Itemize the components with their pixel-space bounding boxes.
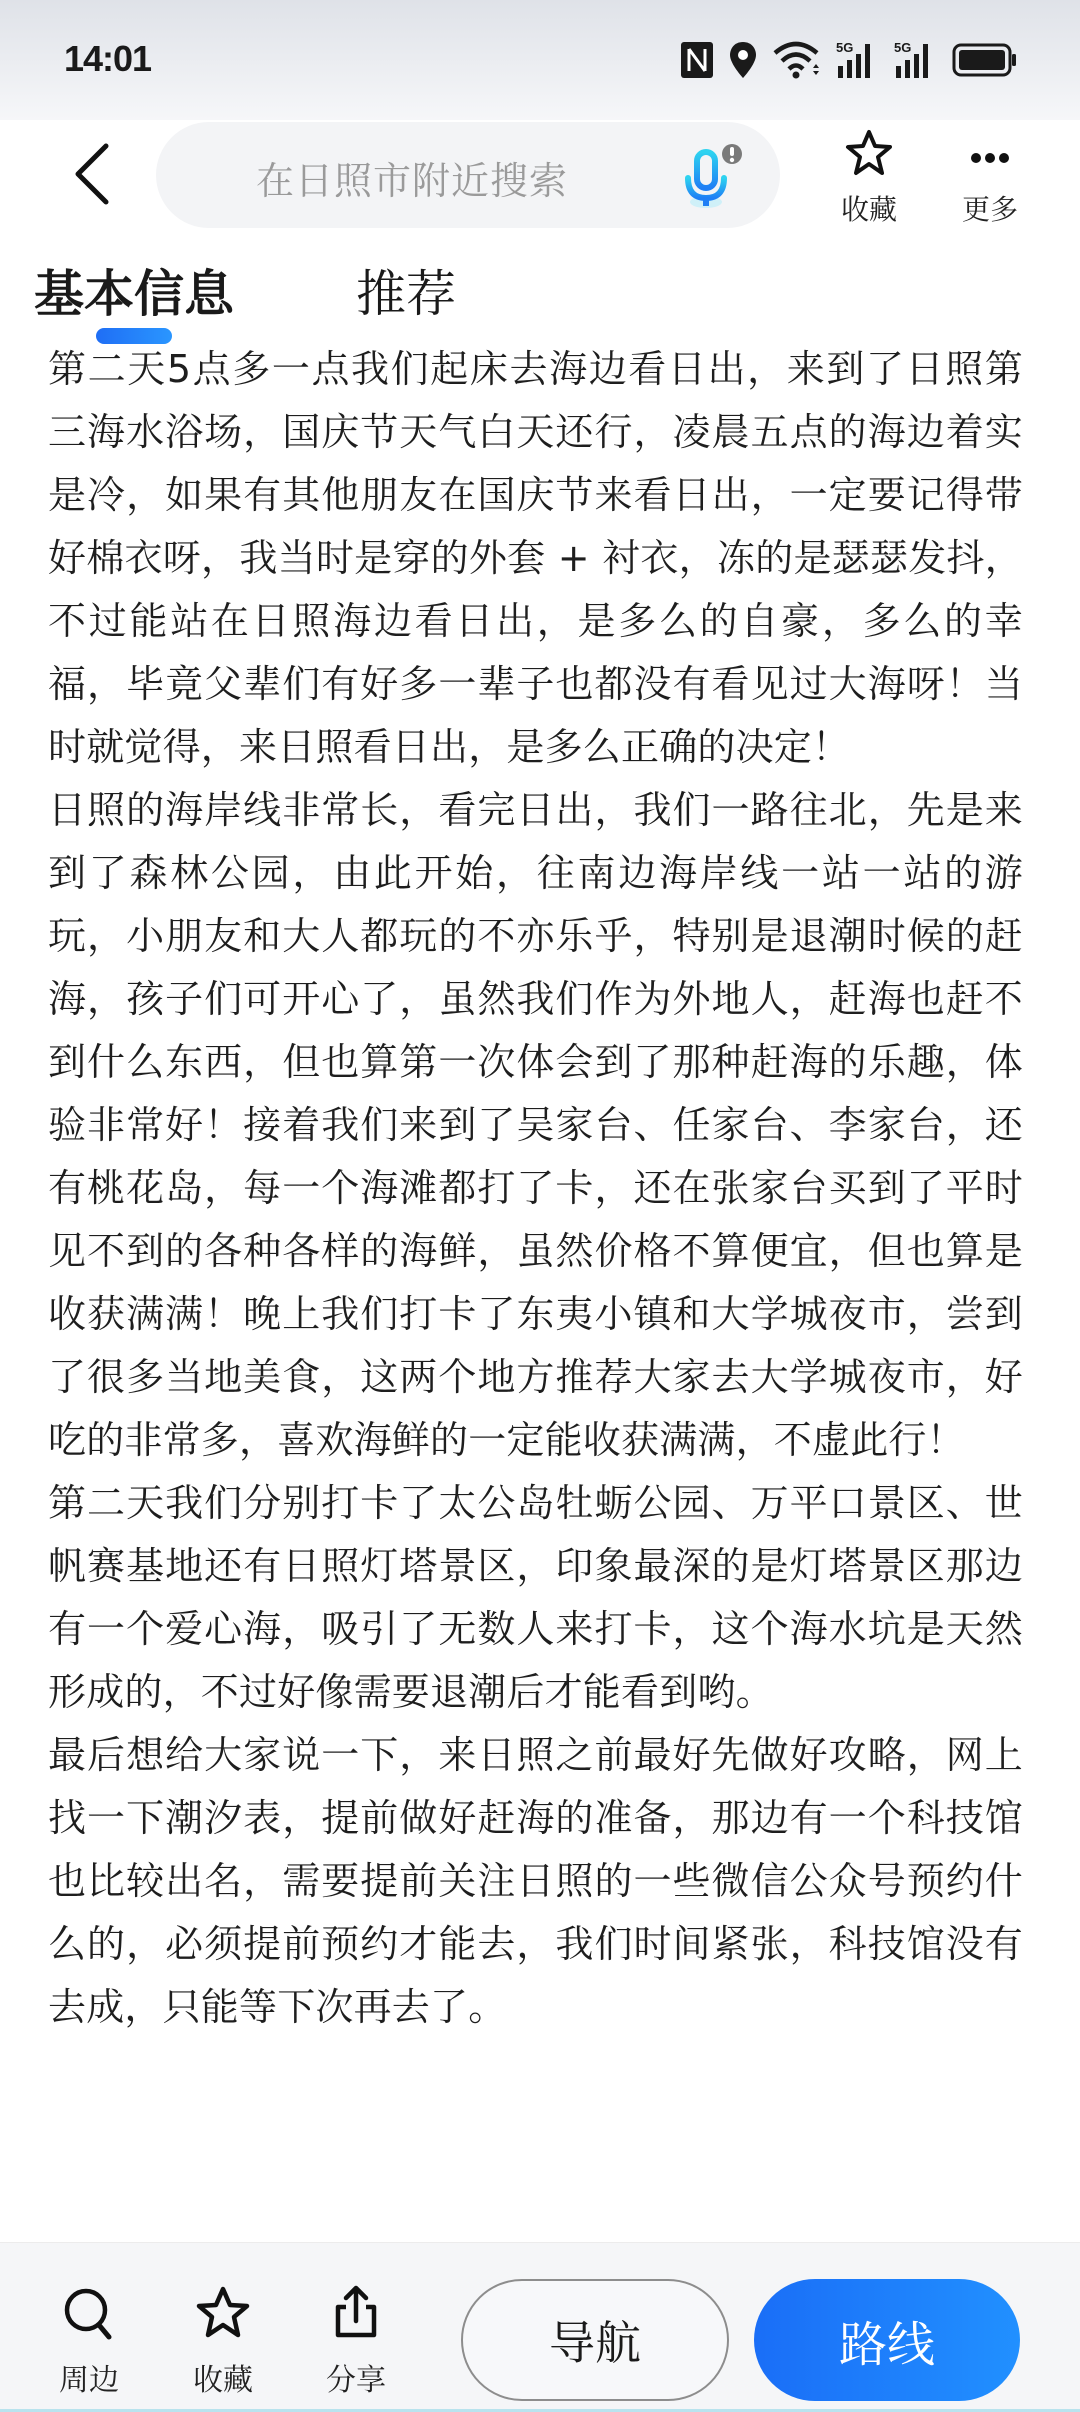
search-input[interactable]: 在日照市附近搜索 [156, 122, 780, 228]
share-label: 分享 [326, 2355, 386, 2399]
article-content: 第二天5点多一点我们起床去海边看日出，来到了日照第三海水浴场，国庆节天气白天还行… [48, 338, 1023, 2039]
wifi-icon [772, 40, 822, 80]
share-button[interactable]: 分享 [311, 2285, 401, 2395]
battery-icon [952, 42, 1018, 78]
tab-recommend[interactable]: 推荐 [356, 254, 456, 326]
chevron-left-icon [72, 142, 112, 210]
more-label: 更多 [962, 188, 1018, 228]
tab-basic-info[interactable]: 基本信息 [34, 254, 234, 326]
more-button[interactable]: 更多 [945, 128, 1035, 228]
paragraph: 日照的海岸线非常长，看完日出，我们一路往北，先是来到了森林公园，由此开始，往南边… [48, 779, 1023, 1472]
microphone-icon [676, 201, 756, 220]
search-icon [61, 2285, 117, 2345]
signal-5g-icon: 5G [836, 40, 880, 80]
favorite-bottom-label: 收藏 [193, 2355, 253, 2399]
more-dots-icon [965, 128, 1015, 182]
location-icon [728, 40, 758, 80]
favorite-label: 收藏 [841, 188, 897, 228]
tab-bar: 基本信息 推荐 [0, 240, 1080, 340]
star-icon [195, 2285, 251, 2345]
nearby-label: 周边 [59, 2355, 119, 2399]
route-button[interactable]: 路线 [754, 2279, 1020, 2401]
back-button[interactable] [64, 138, 120, 214]
favorite-bottom-button[interactable]: 收藏 [178, 2285, 268, 2395]
status-icons: 5G 5G [680, 38, 1018, 82]
share-icon [328, 2285, 384, 2345]
status-bar: 14:01 5G 5G [0, 0, 1080, 120]
signal-5g-icon: 5G [894, 40, 938, 80]
header: 在日照市附近搜索 [0, 120, 1080, 230]
favorite-button[interactable]: 收藏 [824, 128, 914, 228]
status-time: 14:01 [64, 38, 151, 80]
search-placeholder: 在日照市附近搜索 [256, 150, 568, 205]
navigate-button[interactable]: 导航 [461, 2279, 729, 2401]
bottom-action-bar: 周边 收藏 分享 导航 路线 [0, 2242, 1080, 2412]
svg-text:5G: 5G [894, 40, 911, 55]
paragraph: 第二天5点多一点我们起床去海边看日出，来到了日照第三海水浴场，国庆节天气白天还行… [48, 338, 1023, 779]
paragraph: 最后想给大家说一下，来日照之前最好先做好攻略，网上找一下潮汐表，提前做好赶海的准… [48, 1724, 1023, 2039]
star-icon [844, 128, 894, 182]
voice-search-button[interactable] [676, 140, 756, 216]
nearby-button[interactable]: 周边 [44, 2285, 134, 2395]
paragraph: 第二天我们分别打卡了太公岛牡蛎公园、万平口景区、世帆赛基地还有日照灯塔景区，印象… [48, 1472, 1023, 1724]
svg-text:5G: 5G [836, 40, 853, 55]
nfc-icon [680, 41, 714, 79]
